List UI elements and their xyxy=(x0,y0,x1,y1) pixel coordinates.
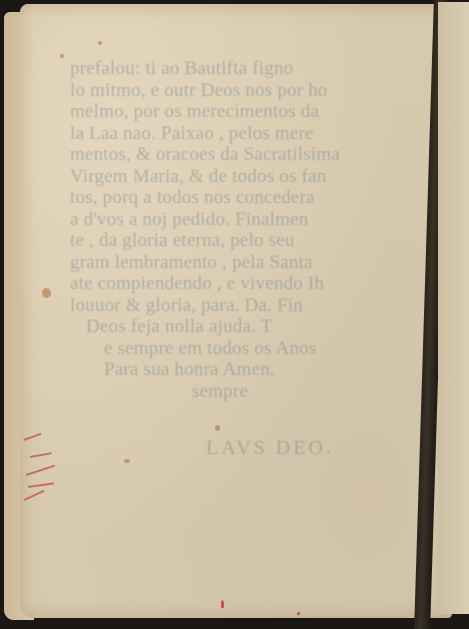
closing-ornament: LAVS DEO. xyxy=(70,438,410,460)
text-line: melmo, por os merecimentos da xyxy=(70,101,410,123)
text-line: Deos feja nolla ajuda. T xyxy=(70,316,410,338)
text-line: e sempre em todos os Anos xyxy=(70,338,410,360)
text-line: a d'vos a noj pedido. Finalmen xyxy=(70,209,410,231)
next-page-edge xyxy=(438,2,469,614)
foxing-stain xyxy=(60,54,64,58)
text-line: te , da gloria eterna, pelo seu xyxy=(70,230,410,252)
red-edge-mark xyxy=(28,482,54,487)
text-line: louuor & gloria, para. Da. Fin xyxy=(70,295,410,317)
text-line: ate compiendendo , e vivendo Ih xyxy=(70,273,410,295)
text-line: lo mitmo, e outr Deos nos por ho xyxy=(70,80,410,102)
show-through-text: prefalou: ti ao Bautifta figno lo mitmo,… xyxy=(70,58,410,460)
red-edge-mark xyxy=(30,452,52,457)
red-ink-spot xyxy=(221,600,224,608)
red-edge-mark xyxy=(24,490,45,501)
text-line: Para sua honra Amen. xyxy=(70,359,410,381)
text-line: gram lembramento , pela Santa xyxy=(70,252,410,274)
text-line: Virgem Maria, & de todos os fan xyxy=(70,166,410,188)
text-line: sempre xyxy=(70,381,410,403)
text-line: la Laa nao. Paixao , pelos mere xyxy=(70,123,410,145)
foxing-stain xyxy=(42,288,51,298)
text-line: prefalou: ti ao Bautifta figno xyxy=(70,58,410,80)
foxing-stain xyxy=(124,459,130,463)
text-line: tos, porq a todos nos concedera xyxy=(70,187,410,209)
text-line: mentos, & oracoes da Sacratilsima xyxy=(70,144,410,166)
foxing-stain xyxy=(98,41,102,45)
red-ink-spot xyxy=(297,612,300,615)
red-edge-mark xyxy=(26,465,55,476)
red-edge-mark xyxy=(24,433,41,441)
